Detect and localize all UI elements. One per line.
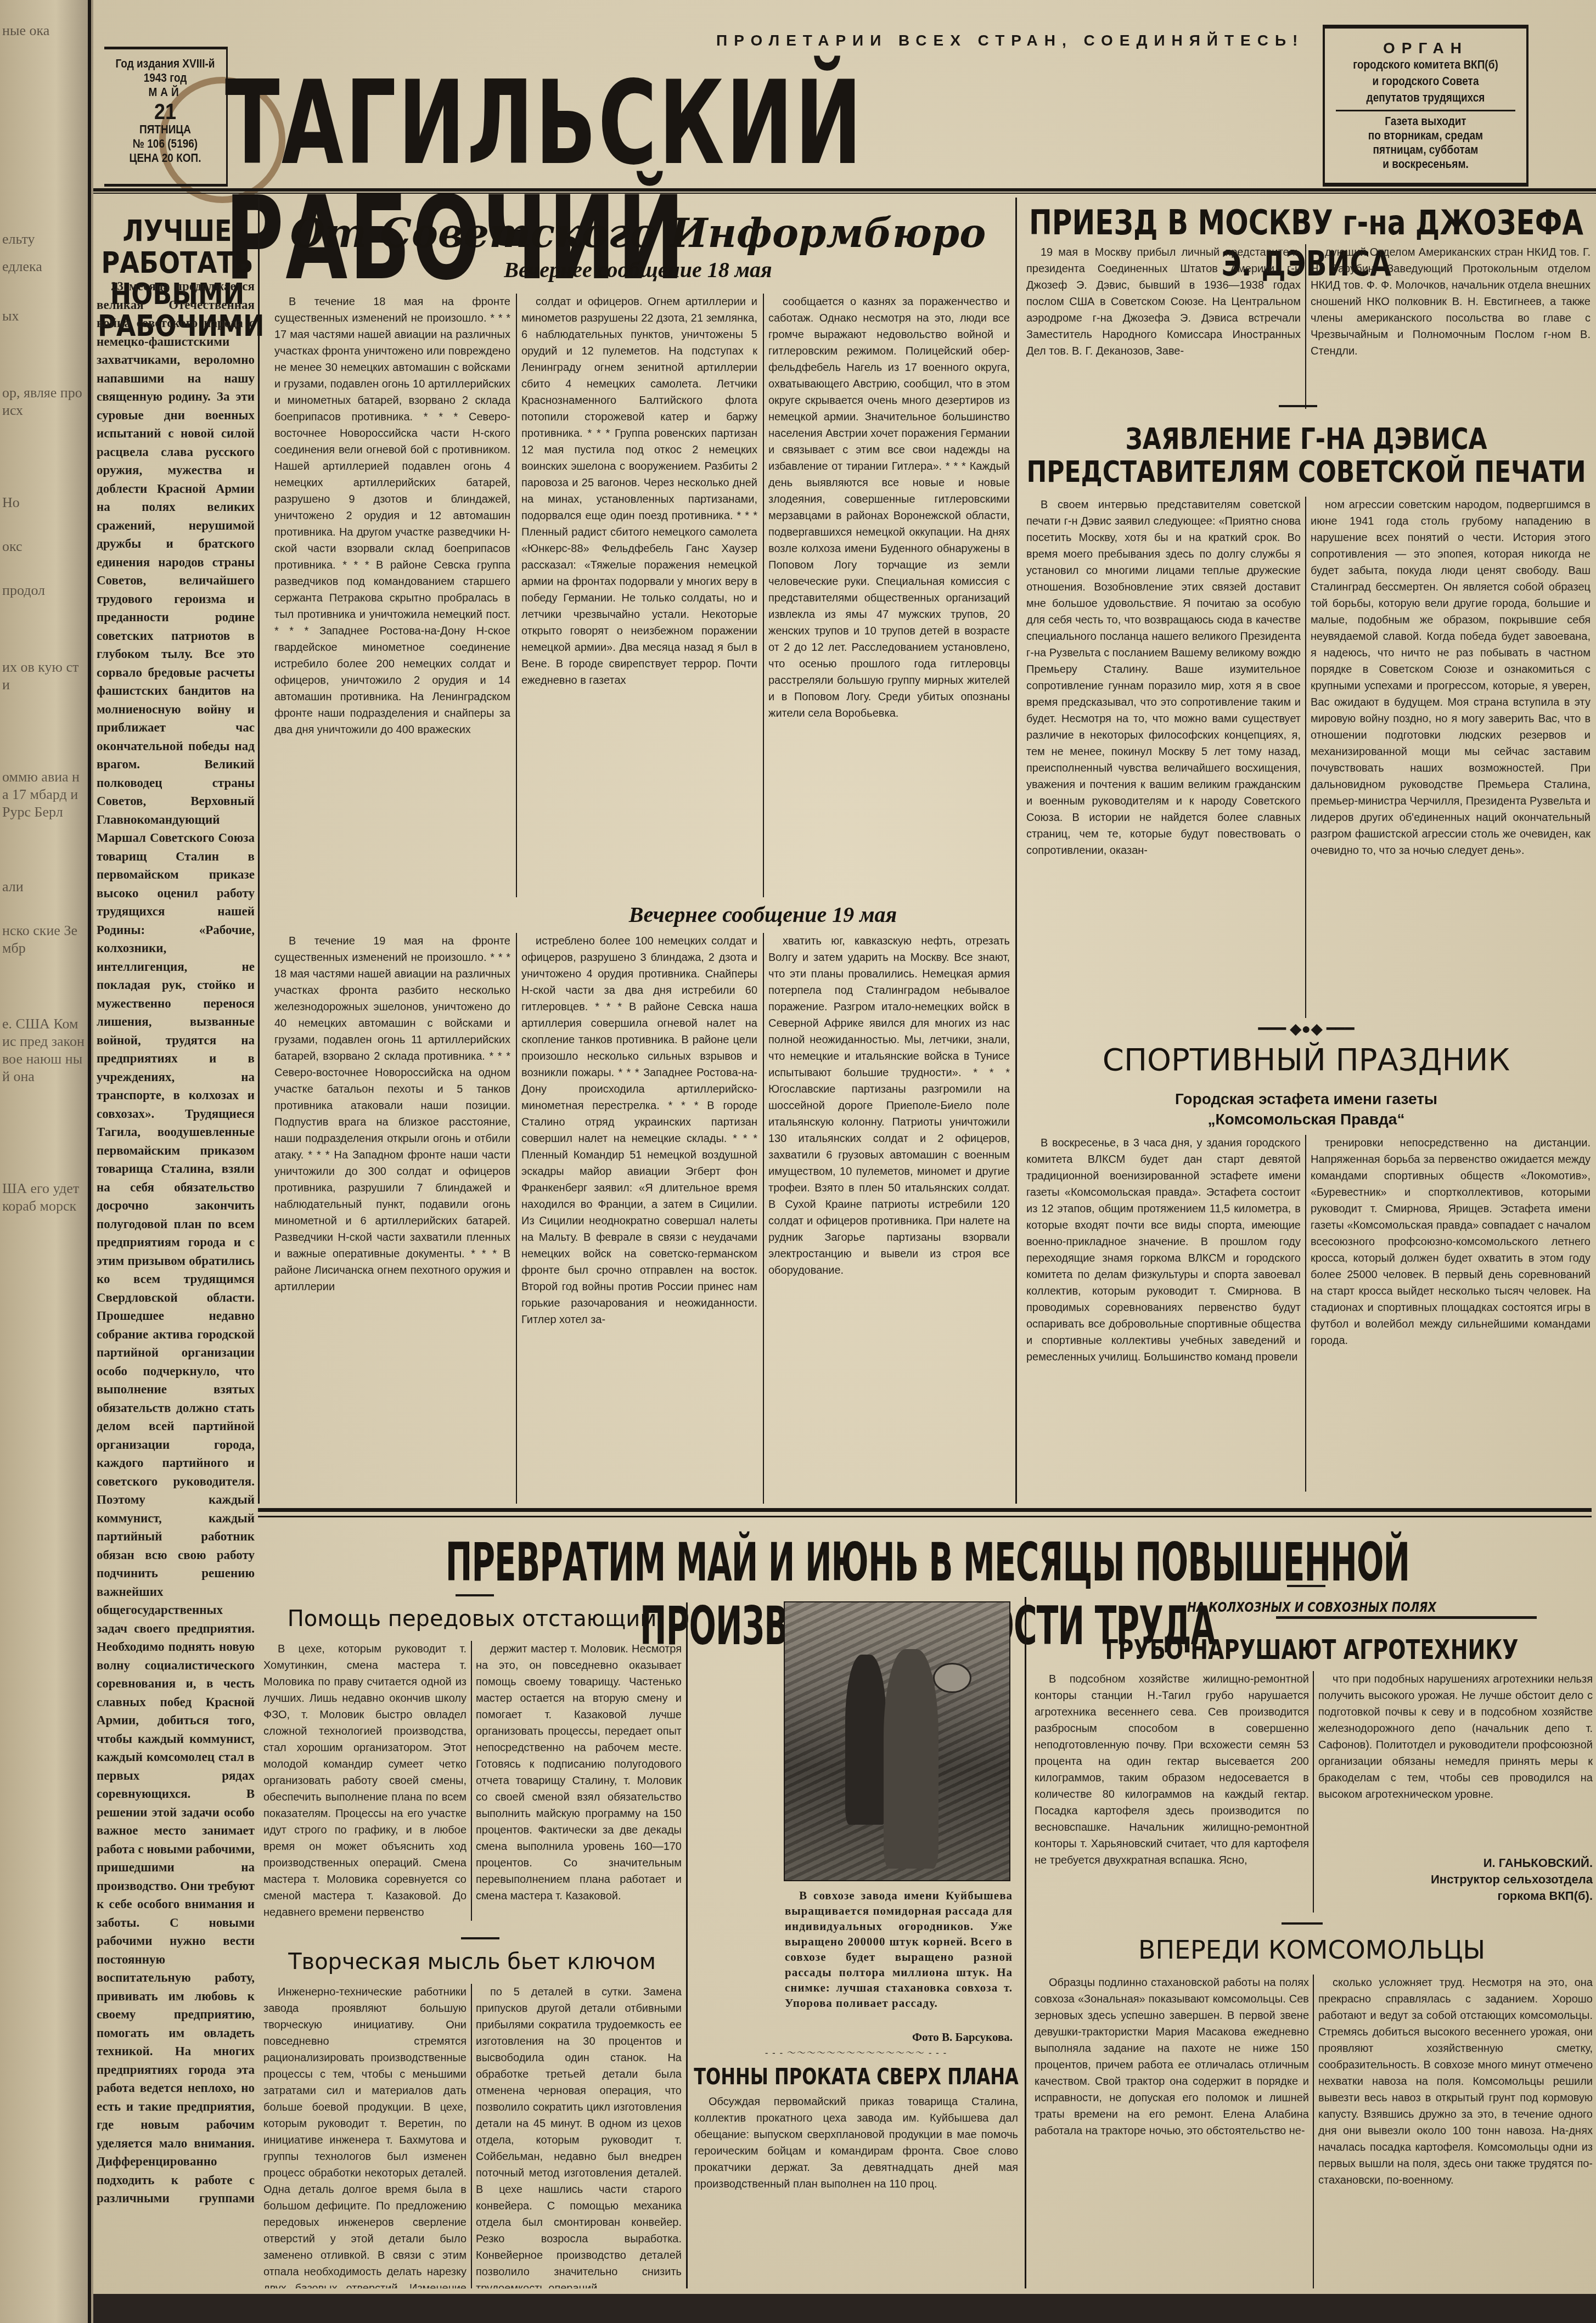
divider — [1282, 1922, 1323, 1925]
agro-headline: ГРУБО НАРУШАЮТ АГРОТЕХНИКУ — [1032, 1633, 1592, 1667]
column-divider — [1025, 1597, 1026, 2288]
issue-info-box: Год издания XVIII-й 1943 год МАЙ 21 ПЯТН… — [104, 47, 228, 187]
organ-box: ОРГАН городского комитета ВКП(б) и город… — [1323, 25, 1528, 187]
help-laggards-col-2: держит мастер т. Моловик. Несмотря на эт… — [476, 1641, 682, 1926]
spine-text: их ов кую сти — [2, 659, 85, 694]
spine-text: продол — [2, 582, 85, 599]
slogan: ПРОЛЕТАРИИ ВСЕХ СТРАН, СОЕДИНЯЙТЕСЬ! — [716, 32, 1304, 49]
watering-can-icon — [933, 1663, 971, 1693]
section-rule — [258, 1508, 1592, 1512]
organ-heading: ОРГАН — [1325, 40, 1526, 57]
column-divider — [1305, 497, 1306, 1018]
davis-statement-col-2: ном агрессии советским народом, подвергш… — [1311, 497, 1591, 1018]
evening-19-col-3: хватить юг, кавказскую нефть, отрезать В… — [768, 933, 1010, 1504]
signature-title: Инструктор сельхозотдела — [1318, 1871, 1593, 1888]
column-divider — [1305, 1135, 1306, 1492]
sovinformburo-headline: От Советского Информбюро — [263, 211, 1013, 255]
sports-subheadline-2: „Комсомольская Правда“ — [1021, 1110, 1592, 1129]
masthead-rule — [93, 188, 1596, 194]
sports-col-2: тренировки непосредственно на дистанции.… — [1311, 1135, 1591, 1492]
evening-19-col-1: В течение 19 мая на фронте существенных … — [274, 933, 510, 1504]
column-divider — [516, 294, 517, 897]
column-divider — [686, 1602, 688, 2288]
spine-text: ША его удет кораб морск — [2, 1180, 85, 1215]
evening-18-col-1: В течение 18 мая на фронте существенных … — [274, 294, 510, 900]
sports-subheadline-1: Городская эстафета имени газеты — [1021, 1089, 1592, 1109]
photo-figure — [845, 1655, 886, 1825]
spine-text: нско ские Зембр — [2, 922, 85, 957]
rolled-steel-body: Обсуждая первомайский приказ товарища Ст… — [694, 2094, 1018, 2288]
column-divider — [1313, 1975, 1314, 2288]
wavy-divider: - - - ～～～～～～～～～～～～～～ - - - — [692, 2046, 1021, 2061]
spine-text: али — [2, 878, 85, 896]
photo-caption: В совхозе завода имени Куйбышева выращив… — [785, 1888, 1013, 2030]
evening-18-col-2: солдат и офицеров. Огнем артиллерии и ми… — [521, 294, 757, 900]
komsomol-col-1: Образцы подлинно стахановской работы на … — [1035, 1975, 1309, 2288]
organ-line: депутатов трудящихся — [1325, 89, 1526, 108]
column-divider — [1015, 198, 1017, 1504]
davis-arrival-col-1: 19 мая в Москву прибыл личный представит… — [1026, 244, 1301, 412]
column-divider — [516, 933, 517, 1504]
adjacent-page-spine: ные ока ельту едлека ых ор, являе происх… — [0, 0, 93, 2323]
editorial-body: 23 месяца продолжается великая Отечестве… — [97, 277, 255, 2209]
spine-text: ные ока — [2, 22, 85, 40]
spine-text: ельту — [2, 230, 85, 248]
help-laggards-headline: Помощь передовых отстающим — [263, 1605, 681, 1633]
newspaper-page: Год издания XVIII-й 1943 год МАЙ 21 ПЯТН… — [93, 0, 1596, 2294]
binding-rule — [88, 0, 91, 2323]
issue-day: 21 — [104, 98, 226, 125]
evening-18-col-3: сообщается о казнях за пораженчество и с… — [768, 294, 1010, 900]
evening-19-col-2: истреблено более 100 немецких солдат и о… — [521, 933, 757, 1504]
evening-19-subheadline: Вечернее сообщение 19 мая — [516, 903, 1010, 927]
rubric-underline — [1276, 1616, 1537, 1619]
sports-headline: СПОРТИВНЫЙ ПРАЗДНИК — [1021, 1043, 1592, 1078]
photo-figure — [884, 1649, 939, 1869]
ornament-divider: ━━━ ◆●◆ ━━━ — [1202, 1022, 1410, 1037]
davis-arrival-col-2: дующий Отделом Американских стран НКИД т… — [1311, 244, 1591, 412]
schedule-line: и воскресеньям. — [1325, 156, 1526, 173]
komsomol-col-2: сколько усложняет труд. Несмотря на это,… — [1318, 1975, 1593, 2288]
divider — [1336, 110, 1515, 111]
divider — [456, 1594, 494, 1596]
divider — [1287, 1585, 1325, 1587]
column-divider — [471, 1984, 472, 2288]
spine-text: окс — [2, 538, 85, 555]
davis-statement-headline-2: ПРЕДСТАВИТЕЛЯМ СОВЕТСКОЙ ПЕЧАТИ — [1021, 455, 1592, 490]
creative-thought-col-1: Инженерно-технические работники завода п… — [263, 1984, 467, 2288]
agro-signature: И. ГАНЬКОВСКИЙ. Инструктор сельхозотдела… — [1318, 1855, 1593, 1904]
signature-name: И. ГАНЬКОВСКИЙ. — [1318, 1855, 1593, 1871]
signature-title: горкома ВКП(б). — [1318, 1888, 1593, 1904]
evening-18-subheadline: Вечернее сообщение 18 мая — [263, 258, 1013, 282]
issue-price: ЦЕНА 20 КОП. — [104, 150, 226, 167]
column-divider — [1313, 1671, 1314, 1913]
divider — [461, 1937, 499, 1939]
column-divider — [763, 933, 764, 1504]
spine-text: едлека — [2, 258, 85, 275]
spine-text: е. США Комис пред закон вое наюш ный она — [2, 1015, 85, 1085]
rolled-steel-headline: ТОННЫ ПРОКАТА СВЕРХ ПЛАНА — [692, 2061, 1021, 2092]
photo-credit: Фото В. Барсукова. — [873, 2030, 1013, 2044]
spine-text: ор, являе происх — [2, 384, 85, 419]
creative-thought-headline: Творческая мысль бьет ключом — [263, 1948, 681, 1976]
section-rule — [258, 1516, 1592, 1517]
davis-statement-headline-1: ЗАЯВЛЕНИЕ Г-НА ДЭВИСА — [1021, 423, 1592, 457]
spine-text: Но — [2, 494, 85, 511]
divider — [1279, 405, 1317, 407]
spine-text: ых — [2, 307, 85, 325]
agro-col-1: В подсобном хозяйстве жилищно-ремонтной … — [1035, 1671, 1309, 1923]
help-laggards-col-1: В цехе, которым руководит т. Хомутинкин,… — [263, 1641, 467, 1926]
column-divider — [258, 198, 260, 1504]
creative-thought-col-2: по 5 деталей в сутки. Замена припусков д… — [476, 1984, 682, 2288]
column-divider — [471, 1641, 472, 1921]
masthead: Год издания XVIII-й 1943 год МАЙ 21 ПЯТН… — [93, 0, 1596, 195]
davis-statement-col-1: В своем интервью представителям советско… — [1026, 497, 1301, 1018]
column-divider — [763, 294, 764, 897]
agro-col-2: что при подобных нарушениях агротехники … — [1318, 1671, 1593, 1852]
komsomol-headline: ВПЕРЕДИ КОМСОМОЛЬЦЫ — [1032, 1934, 1592, 1965]
spine-text: оммю авиа на 17 мбард и Рурс Берл — [2, 768, 85, 821]
agro-rubric: НА КОЛХОЗНЫХ И СОВХОЗНЫХ ПОЛЯХ — [1032, 1598, 1592, 1617]
photo-tomato-seedlings — [784, 1601, 1010, 1881]
column-divider — [1305, 244, 1306, 409]
sports-col-1: В воскресенье, в 3 часа дня, у здания го… — [1026, 1135, 1301, 1492]
